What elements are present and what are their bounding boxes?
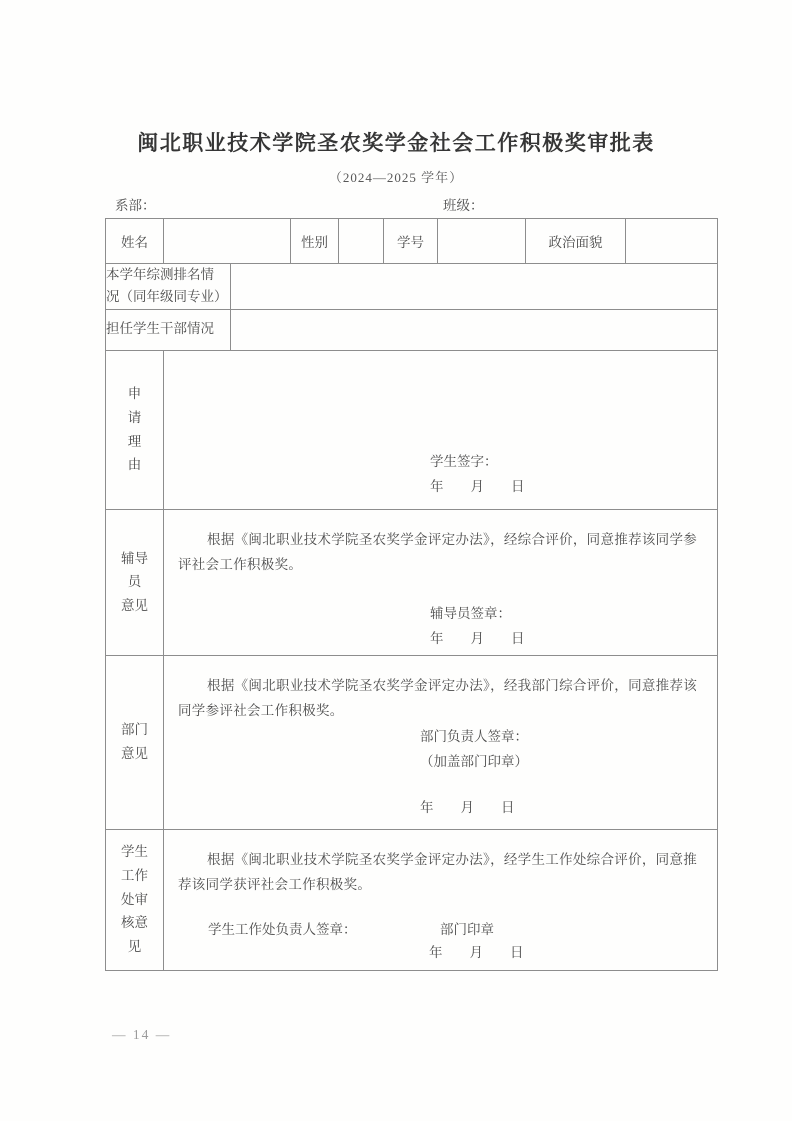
ranking-row: 本学年综测排名情 况（同年级同专业）	[106, 264, 718, 310]
student-id-label: 学号	[384, 219, 438, 264]
cadre-label: 担任学生干部情况	[106, 309, 231, 350]
name-label: 姓名	[106, 219, 164, 264]
document-page: 闽北职业技术学院圣农奖学金社会工作积极奖审批表 （2024—2025 学年） 系…	[0, 0, 792, 1121]
department-opinion-label: 部门 意见	[106, 655, 164, 829]
department-opinion-cell: 根据《闽北职业技术学院圣农奖学金评定办法》，经我部门综合评价，同意推荐该同学参评…	[164, 655, 718, 829]
approval-form-table: 姓名 性别 学号 政治面貌 本学年综测排名情 况（同年级同专业） 担任学生干部情…	[105, 218, 718, 971]
counselor-opinion-row: 辅导 员 意见 根据《闽北职业技术学院圣农奖学金评定办法》，经综合评价，同意推荐…	[106, 509, 718, 655]
name-value-cell	[164, 219, 291, 264]
cadre-row: 担任学生干部情况	[106, 309, 718, 350]
counselor-opinion-text: 根据《闽北职业技术学院圣农奖学金评定办法》，经综合评价，同意推荐该同学参评社会工…	[164, 510, 717, 577]
apply-reason-cell: 学生签字： 年 月 日	[164, 350, 718, 509]
department-date-label: 年 月 日	[420, 795, 528, 820]
student-affairs-signature-label: 学生工作处负责人签章：	[208, 922, 357, 937]
department-opinion-row: 部门 意见 根据《闽北职业技术学院圣农奖学金评定办法》，经我部门综合评价，同意推…	[106, 655, 718, 829]
counselor-signature-label: 辅导员签章：	[430, 601, 525, 626]
political-status-value-cell	[626, 219, 718, 264]
form-title: 闽北职业技术学院圣农奖学金社会工作积极奖审批表	[0, 127, 792, 157]
apply-date-label: 年 月 日	[430, 474, 525, 499]
ranking-value-cell	[231, 264, 718, 310]
student-affairs-cell: 根据《闽北职业技术学院圣农奖学金评定办法》，经学生工作处综合评价，同意推荐该同学…	[164, 829, 718, 970]
apply-reason-label: 申 请 理 由	[106, 350, 164, 509]
gender-value-cell	[339, 219, 384, 264]
student-affairs-seal-label: 部门印章	[440, 917, 494, 942]
department-signature-label: 部门负责人签章：	[420, 724, 528, 749]
student-affairs-text: 根据《闽北职业技术学院圣农奖学金评定办法》，经学生工作处综合评价，同意推荐该同学…	[164, 830, 717, 897]
ranking-label: 本学年综测排名情 况（同年级同专业）	[106, 264, 231, 310]
department-seal-note: （加盖部门印章）	[420, 749, 528, 774]
department-label: 系部：	[115, 194, 156, 214]
political-status-label: 政治面貌	[526, 219, 626, 264]
page-number: — 14 —	[112, 1027, 171, 1043]
info-row: 姓名 性别 学号 政治面貌	[106, 219, 718, 264]
counselor-opinion-cell: 根据《闽北职业技术学院圣农奖学金评定办法》，经综合评价，同意推荐该同学参评社会工…	[164, 509, 718, 655]
counselor-opinion-label: 辅导 员 意见	[106, 509, 164, 655]
meta-row: 系部： 班级：	[105, 194, 717, 214]
student-affairs-label: 学生 工作 处审 核意 见	[106, 829, 164, 970]
student-id-value-cell	[438, 219, 526, 264]
department-opinion-text: 根据《闽北职业技术学院圣农奖学金评定办法》，经我部门综合评价，同意推荐该同学参评…	[164, 656, 717, 723]
cadre-value-cell	[231, 309, 718, 350]
class-label: 班级：	[443, 194, 484, 214]
gender-label: 性别	[291, 219, 339, 264]
student-affairs-date-label: 年 月 日	[429, 940, 524, 965]
counselor-date-label: 年 月 日	[430, 626, 525, 651]
student-affairs-row: 学生 工作 处审 核意 见 根据《闽北职业技术学院圣农奖学金评定办法》，经学生工…	[106, 829, 718, 970]
student-signature-label: 学生签字：	[430, 449, 525, 474]
form-subtitle: （2024—2025 学年）	[0, 167, 792, 186]
apply-reason-row: 申 请 理 由 学生签字： 年 月 日	[106, 350, 718, 509]
